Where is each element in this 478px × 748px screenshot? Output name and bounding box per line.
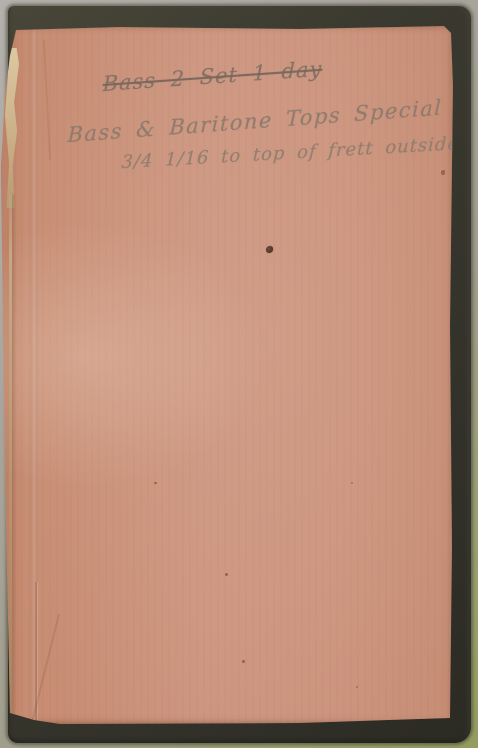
- paper-speck: [154, 482, 157, 484]
- paper-speck-red: [441, 170, 445, 175]
- binding-crease-line: [9, 194, 12, 722]
- top-left-crease: [43, 40, 51, 160]
- paper-speck: [351, 482, 353, 484]
- handwritten-note-crossed-out: Bass 2 Set 1 day: [103, 57, 323, 96]
- paper-speck: [356, 686, 358, 688]
- paper-speck: [242, 660, 245, 663]
- paper-speck: [225, 573, 228, 576]
- endpaper-page: Bass 2 Set 1 day Bass & Baritone Tops Sp…: [0, 26, 454, 724]
- ink-blemish-spot: [266, 246, 273, 253]
- torn-binding-edge: [3, 48, 19, 208]
- scanned-book-photo: Bass 2 Set 1 day Bass & Baritone Tops Sp…: [0, 0, 478, 748]
